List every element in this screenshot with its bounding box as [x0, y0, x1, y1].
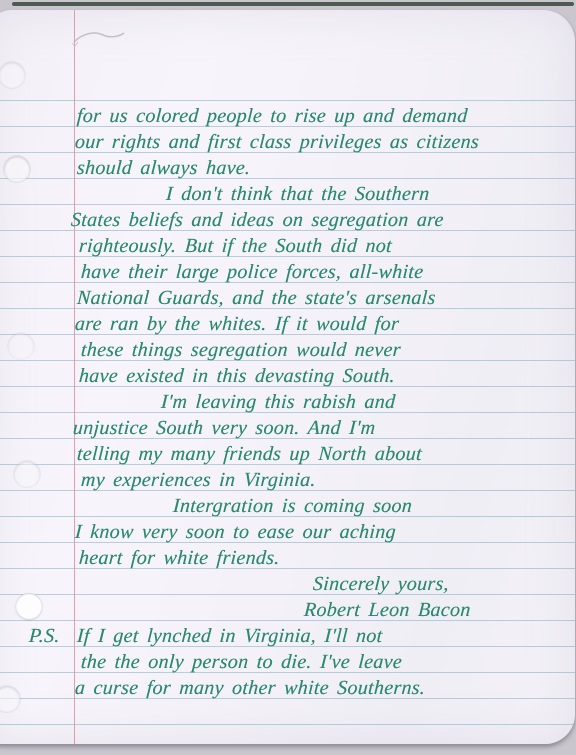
closing-line: Sincerely yours, [312, 572, 450, 598]
letter-line: National Guards, and the state's arsenal… [76, 286, 436, 312]
letter-line: have existed in this devasting South. [78, 364, 396, 390]
postscript-line: the the only person to die. I've leave [80, 650, 403, 676]
postscript-line: a curse for many other white Southerns. [74, 676, 426, 702]
scanned-letter-page: for us colored people to rise up and dem… [0, 0, 576, 755]
ps-label: P.S. [28, 624, 61, 650]
letter-line: telling my many friends up North about [76, 442, 423, 468]
letter-line: righteously. But if the South did not [78, 234, 393, 260]
letter-line: our rights and first class privileges as… [74, 130, 480, 156]
letter-line: I know very soon to ease our aching [74, 520, 397, 546]
letter-line: these things segregation would never [80, 338, 402, 364]
postscript-line: If I get lynched in Virginia, I'll not [76, 624, 383, 650]
letter-line: States beliefs and ideas on segregation … [70, 208, 445, 234]
letter-line: my experiences in Virginia. [80, 468, 317, 494]
letter-line: should always have. [76, 156, 251, 182]
letter-line: unjustice South very soon. And I'm [72, 416, 376, 442]
signature-line: Robert Leon Bacon [303, 598, 471, 624]
letter-line: for us colored people to rise up and dem… [76, 104, 468, 130]
letter-line: heart for white friends. [78, 546, 280, 572]
letter-line: are ran by the whites. If it would for [74, 312, 400, 338]
letter-line: I don't think that the Southern [165, 182, 430, 208]
letter-line: Intergration is coming soon [172, 494, 413, 520]
handwriting-layer: for us colored people to rise up and dem… [0, 0, 576, 755]
letter-line: have their large police forces, all-whit… [80, 260, 424, 286]
letter-line: I'm leaving this rabish and [160, 390, 396, 416]
